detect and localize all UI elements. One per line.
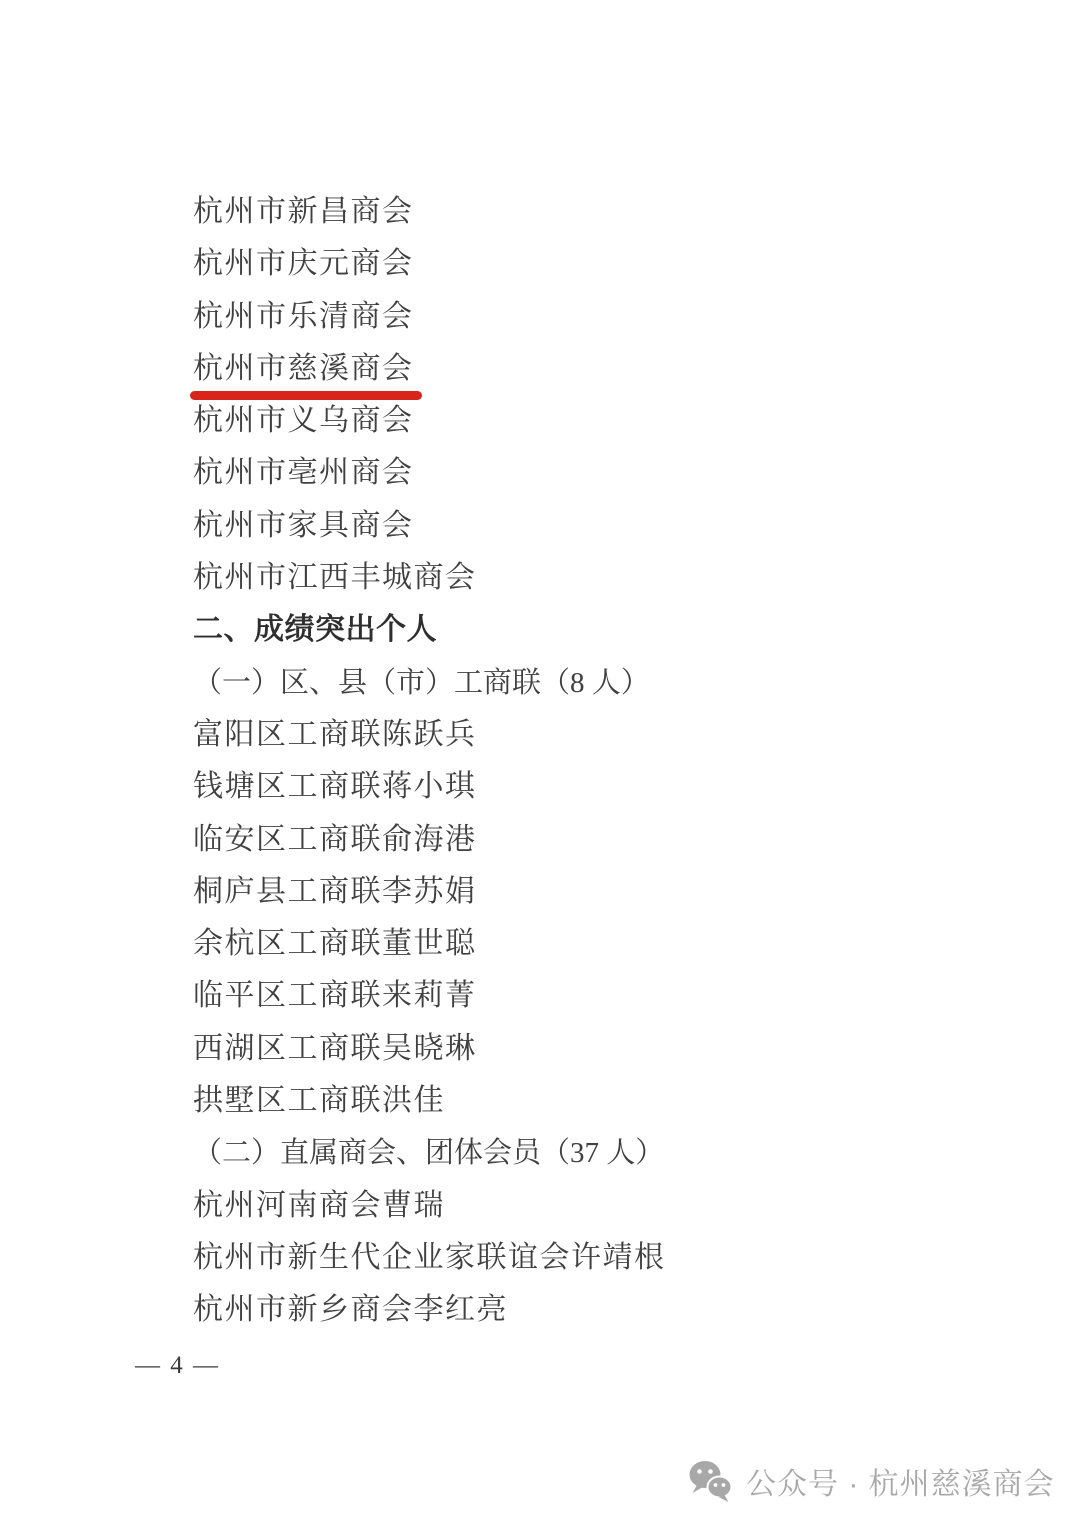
watermark-label: 公众号 · 杭州慈溪商会 [746, 1459, 1055, 1503]
red-underline-highlight: 杭州市慈溪商会 [193, 343, 414, 395]
page-number: — 4 — [135, 1352, 220, 1380]
document-body: 杭州市新昌商会 杭州市庆元商会 杭州市乐清商会 杭州市慈溪商会 杭州市义乌商会 … [193, 186, 666, 1337]
list-item-chamber: 杭州市江西丰城商会 [193, 552, 666, 604]
list-item-person: 杭州市新乡商会李红亮 [193, 1284, 666, 1336]
list-item-person: 余杭区工商联董世聪 [193, 918, 666, 970]
list-item-person: 西湖区工商联吴晓琳 [193, 1023, 666, 1075]
list-item-person: 杭州河南商会曹瑞 [193, 1180, 666, 1232]
list-item-chamber: 杭州市新昌商会 [193, 186, 666, 238]
section-heading: 二、成绩突出个人 [193, 604, 666, 656]
list-item-person: 桐庐县工商联李苏娟 [193, 866, 666, 918]
list-item-person: 钱塘区工商联蒋小琪 [193, 761, 666, 813]
watermark: 公众号 · 杭州慈溪商会 [686, 1458, 1055, 1504]
list-item-chamber: 杭州市义乌商会 [193, 395, 666, 447]
list-item-chamber: 杭州市乐清商会 [193, 291, 666, 343]
list-item-person: 临安区工商联俞海港 [193, 814, 666, 866]
list-item-chamber: 杭州市家具商会 [193, 500, 666, 552]
list-item-person: 临平区工商联来莉菁 [193, 970, 666, 1022]
list-item-chamber: 杭州市亳州商会 [193, 447, 666, 499]
list-item-person: 富阳区工商联陈跃兵 [193, 709, 666, 761]
list-item-chamber-highlighted: 杭州市慈溪商会 [193, 343, 666, 395]
list-item-chamber: 杭州市庆元商会 [193, 238, 666, 290]
document-page: 杭州市新昌商会 杭州市庆元商会 杭州市乐清商会 杭州市慈溪商会 杭州市义乌商会 … [0, 0, 1080, 1527]
subsection-heading: （一）区、县（市）工商联（8 人） [193, 657, 666, 709]
subsection-heading: （二）直属商会、团体会员（37 人） [193, 1127, 666, 1179]
list-item-person: 杭州市新生代企业家联谊会许靖根 [193, 1232, 666, 1284]
list-item-person: 拱墅区工商联洪佳 [193, 1075, 666, 1127]
wechat-icon [686, 1458, 734, 1504]
